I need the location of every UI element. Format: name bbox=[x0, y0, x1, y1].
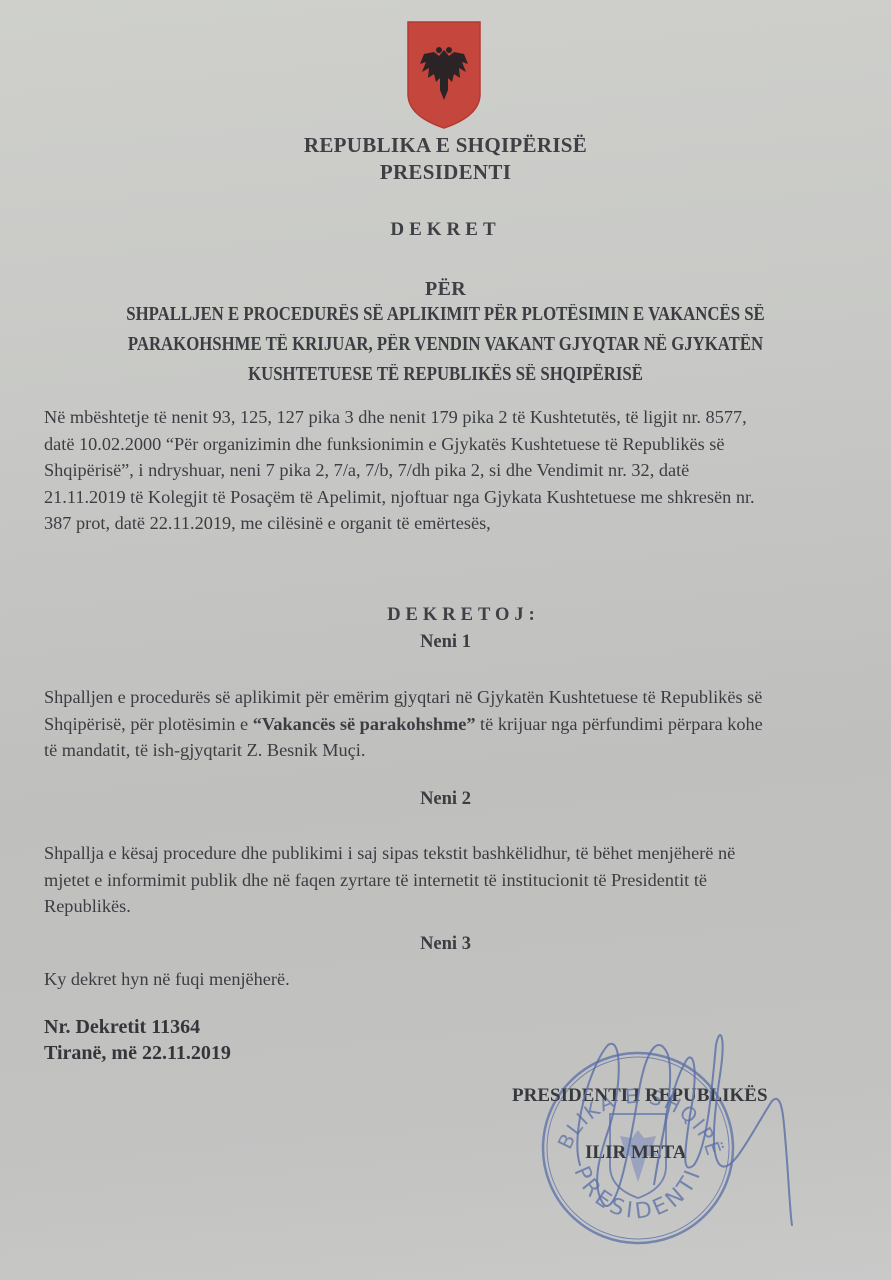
title-lead: PËR bbox=[0, 278, 891, 301]
article-1-heading: Neni 1 bbox=[0, 632, 891, 653]
office-heading: PRESIDENTI bbox=[0, 160, 891, 185]
article-text: të krijuar nga përfundimi përpara kohe bbox=[475, 714, 762, 734]
preamble-line: 387 prot, datë 22.11.2019, me cilësinë e… bbox=[44, 510, 850, 537]
document-type: DEKRET bbox=[0, 219, 891, 241]
article-line: Shpallja e kësaj procedure dhe publikimi… bbox=[44, 840, 850, 867]
coat-of-arms-icon bbox=[406, 20, 482, 130]
place-date: Tiranë, më 22.11.2019 bbox=[44, 1042, 231, 1065]
document-title: SHPALLJEN E PROCEDURËS SË APLIKIMIT PËR … bbox=[0, 300, 891, 390]
article-2-heading: Neni 2 bbox=[0, 789, 891, 810]
title-line-2: PARAKOHSHME TË KRIJUAR, PËR VENDIN VAKAN… bbox=[62, 330, 828, 360]
title-line-1: SHPALLJEN E PROCEDURËS SË APLIKIMIT PËR … bbox=[62, 300, 828, 330]
article-3-heading: Neni 3 bbox=[0, 934, 891, 955]
article-line: Republikës. bbox=[44, 893, 850, 920]
decree-number: Nr. Dekretit 11364 bbox=[44, 1016, 200, 1039]
preamble-line: 21.11.2019 të Kolegjit të Posaçëm të Ape… bbox=[44, 484, 850, 511]
decree-word: DEKRETOJ: bbox=[0, 605, 891, 626]
article-1-body: Shpalljen e procedurës së aplikimit për … bbox=[44, 684, 850, 764]
preamble: Në mbështetje të nenit 93, 125, 127 pika… bbox=[44, 404, 850, 537]
preamble-line: Shqipërisë”, i ndryshuar, neni 7 pika 2,… bbox=[44, 457, 850, 484]
article-line: Shqipërisë, për plotësimin e “Vakancës s… bbox=[44, 711, 850, 738]
emphasis-phrase: “Vakancës së parakohshme” bbox=[253, 714, 476, 734]
article-3-body: Ky dekret hyn në fuqi menjëherë. bbox=[44, 966, 850, 993]
article-line: të mandatit, të ish-gjyqtarit Z. Besnik … bbox=[44, 737, 850, 764]
article-line: Shpalljen e procedurës së aplikimit për … bbox=[44, 684, 850, 711]
article-2-body: Shpallja e kësaj procedure dhe publikimi… bbox=[44, 840, 850, 920]
title-line-3: KUSHTETUESE TË REPUBLIKËS SË SHQIPËRISË bbox=[62, 360, 828, 390]
preamble-line: datë 10.02.2000 “Për organizimin dhe fun… bbox=[44, 431, 850, 458]
republic-heading: REPUBLIKA E SHQIPËRISË bbox=[0, 133, 891, 158]
article-line: mjetet e informimit publik dhe në faqen … bbox=[44, 867, 850, 894]
article-text: Shqipërisë, për plotësimin e bbox=[44, 714, 253, 734]
handwritten-signature-icon bbox=[560, 1025, 840, 1235]
article-line: Ky dekret hyn në fuqi menjëherë. bbox=[44, 966, 850, 993]
preamble-line: Në mbështetje të nenit 93, 125, 127 pika… bbox=[44, 404, 850, 431]
